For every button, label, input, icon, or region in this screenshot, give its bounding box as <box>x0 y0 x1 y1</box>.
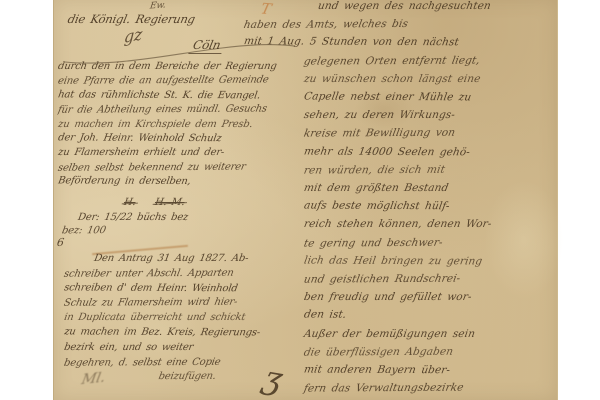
handwriting-line: Capelle nebst einer Mühle zu <box>243 87 560 107</box>
handwriting-line: Der: 15/22 büchs bez <box>77 211 189 224</box>
handwriting-line: gelegenen Orten entfernt liegt, <box>242 51 560 71</box>
handwriting-line: mit 1 Aug. 5 Stunden von den nächst <box>243 33 560 53</box>
handwriting-line: mit dem größten Bestand <box>242 179 559 197</box>
handwriting-line: te gering und beschwer- <box>242 233 560 253</box>
signature-initials: Ml. <box>80 370 106 388</box>
handwriting-line: mit anderen Bayern über- <box>243 360 560 380</box>
handwriting-line: bez: 100 <box>61 224 190 238</box>
handwriting-line: sehen, zu deren Wirkungs- <box>242 106 559 124</box>
handwriting-line: Außer der bemüßigungen sein <box>242 325 559 343</box>
handwriting-line: lich das Heil bringen zu gering <box>243 251 560 271</box>
handwriting-line: reich stehen können, denen Wor- <box>242 215 559 233</box>
screenshot-canvas: Ew. die Königl. Regierung gz Cöln durch … <box>0 0 600 400</box>
struck-word: H. M. <box>154 197 185 208</box>
handwriting-line: ren würden, die sich mit <box>242 160 560 180</box>
handwriting-line: den ist. <box>243 306 560 326</box>
cancelled-note: H. H. M. <box>124 197 200 208</box>
salutation-abbrev: Ew. <box>149 0 166 11</box>
handwriting-line: ben freudig und gefüllet wor- <box>242 288 559 306</box>
handwriting-line: und wegen des nachgesuchten <box>242 0 559 15</box>
handwriting-line: mehr als 14000 Seelen gehö- <box>243 142 560 162</box>
handwriting-line: kreise mit Bewilligung von <box>242 123 560 143</box>
fee-note: Der: 15/22 büchs bez bez: 100 <box>78 211 188 237</box>
handwriting-line: fern das Verwaltungsbezirke <box>242 378 560 398</box>
manuscript-page: Ew. die Königl. Regierung gz Cöln durch … <box>53 0 558 400</box>
recipient-line: die Königl. Regierung <box>67 12 197 26</box>
handwriting-line: aufs beste möglichst hülf- <box>243 196 560 216</box>
right-column: und wegen des nachgesuchtenhaben des Amt… <box>244 0 558 400</box>
margin-numeral: 6 <box>56 236 65 249</box>
handwriting-line: die überflüssigen Abgaben <box>242 342 560 362</box>
handwriting-line: haben des Amts, welches bis <box>242 14 560 34</box>
handwriting-line: zu wünschen schon längst eine <box>242 70 559 88</box>
handwriting-line: und geistlichen Rundschrei- <box>242 269 560 289</box>
struck-word: H. <box>123 197 136 208</box>
